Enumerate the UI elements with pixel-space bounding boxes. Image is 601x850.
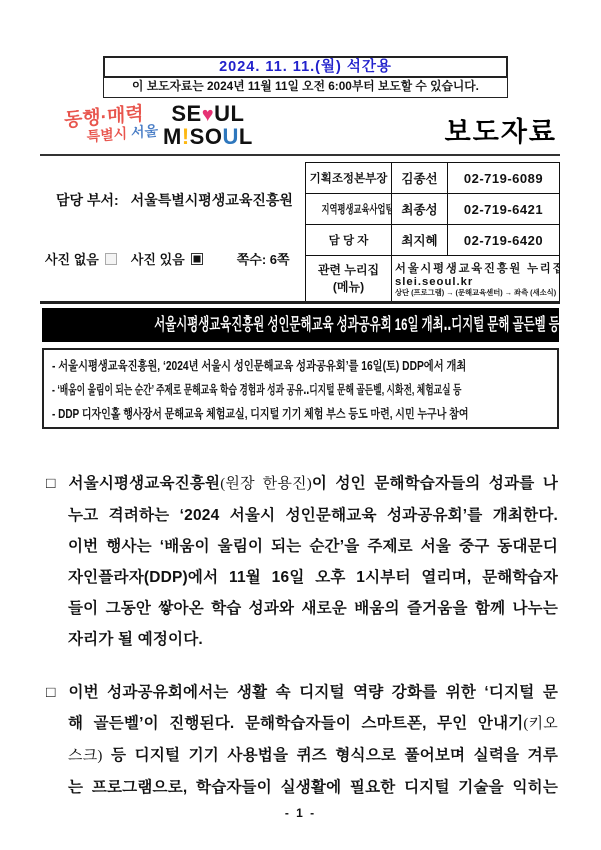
website-name: 서울시평생교육진흥원 누리집 (395, 260, 556, 276)
website-url: slei.seoul.kr (395, 276, 556, 288)
contact-phone: 02-719-6421 (448, 194, 560, 225)
body-line: 들이 그동안 쌓아온 학습 성과와 새로운 배움의 즐거움을 함께 나누는 (46, 593, 558, 624)
body-line: 는 프로그램으로, 학습자들이 실생활에 필요한 디지털 기술을 익히는 (46, 772, 558, 803)
summary-bullet: - DDP 디자인홀 행사장서 문해교육 체험교실, 디지털 기기 체험 부스 … (52, 402, 549, 426)
summary-box: - 서울시평생교육진흥원, ‘2024년 서울시 성인문해교육 성과공유회’를 … (42, 348, 559, 429)
paragraph-2: □이번 성과공유회에서는 생활 속 디지털 역량 강화를 위한 ‘디지털 문 해… (46, 677, 558, 803)
headline-bar: 서울시평생교육진흥원 성인문해교육 성과공유회 16일 개최‥디지털 문해 골든… (42, 308, 559, 342)
page-number: - 1 - (0, 806, 601, 820)
square-bullet-icon: □ (46, 684, 59, 701)
contact-name: 김종선 (392, 163, 448, 194)
summary-bullet: - ‘배움이 울림이 되는 순간’ 주제로 문해교육 학습 경험과 성과 공유‥… (52, 378, 549, 402)
body-line: □이번 성과공유회에서는 생활 속 디지털 역량 강화를 위한 ‘디지털 문 (46, 677, 558, 708)
summary-bullet: - 서울시평생교육진흥원, ‘2024년 서울시 성인문해교육 성과공유회’를 … (52, 354, 549, 378)
contact-role: 기획조정본부장 (306, 163, 392, 194)
contact-name: 최종성 (392, 194, 448, 225)
contact-phone: 02-719-6420 (448, 225, 560, 256)
body-line: □서울시평생교육진흥원(원장 한용진)이 성인 문해학습자들의 성과를 나 (46, 468, 558, 500)
contact-role: 담 당 자 (306, 225, 392, 256)
body-line: 해 골든벨’이 진행된다. 문해학습자들이 스마트폰, 무인 안내기(키오 (46, 708, 558, 740)
photo-none-label: 사진 없음 (45, 252, 99, 267)
photo-yes-checkbox (191, 253, 203, 265)
photo-yes-label: 사진 있음 (131, 252, 185, 267)
website-menu-path: 상단 (프로그램) → (문해교육센터) → 좌측 (새소식) (395, 288, 556, 298)
body-line: 스크) 등 디지털 기기 사용법을 퀴즈 형식으로 풀어보며 실력을 겨루 (46, 740, 558, 772)
page-count: 쪽수: 6쪽 (237, 252, 290, 267)
body-text: □서울시평생교육진흥원(원장 한용진)이 성인 문해학습자들의 성과를 나 누고… (46, 468, 558, 803)
contact-role: 지역평생교육사업팀장 (306, 194, 392, 225)
body-line: 자리가 될 예정이다. (46, 624, 558, 655)
divider-mid (40, 301, 560, 304)
document-type-title: 보도자료 (445, 110, 557, 149)
website-cell: 서울시평생교육진흥원 누리집 slei.seoul.kr 상단 (프로그램) →… (392, 256, 560, 302)
contact-table: 기획조정본부장 김종선 02-719-6089 지역평생교육사업팀장 최종성 0… (305, 162, 560, 302)
seoul-city-slogan-logo: 동행·매력 특별시 서울 (48, 103, 160, 147)
department-line: 담당 부서:서울특별시평생교육진흥원 (56, 190, 293, 210)
contact-phone: 02-719-6089 (448, 163, 560, 194)
body-line: 자인플라자(DDP)에서 11월 16일 오후 1시부터 열리며, 문해학습자 (46, 562, 558, 593)
embargo-notice: 이 보도자료는 2024년 11월 11일 오전 6:00부터 보도할 수 있습… (103, 78, 508, 98)
department-value: 서울특별시평생교육진흥원 (131, 192, 293, 208)
smile-u-icon: U (222, 124, 238, 149)
release-date: 2024. 11. 11.(월) 석간용 (103, 56, 508, 78)
department-label: 담당 부서: (56, 192, 119, 208)
body-line: 이번 행사는 ‘배움이 울림이 되는 순간’을 주제로 서울 중구 동대문디 (46, 531, 558, 562)
table-row: 기획조정본부장 김종선 02-719-6089 (306, 163, 560, 194)
seoul-my-soul-logo: SE♥UL M!SOUL (163, 103, 253, 147)
photo-pages-line: 사진 없음사진 있음쪽수: 6쪽 (45, 249, 290, 268)
exclamation-icon: ! (182, 124, 190, 149)
photo-none-checkbox (105, 253, 117, 265)
press-release-page: 2024. 11. 11.(월) 석간용 이 보도자료는 2024년 11월 1… (0, 0, 601, 850)
logo-line1: SE♥UL (163, 103, 253, 126)
embargo-box: 2024. 11. 11.(월) 석간용 이 보도자료는 2024년 11월 1… (103, 56, 508, 98)
square-bullet-icon: □ (46, 475, 59, 492)
table-row: 지역평생교육사업팀장 최종성 02-719-6421 (306, 194, 560, 225)
paragraph-1: □서울시평생교육진흥원(원장 한용진)이 성인 문해학습자들의 성과를 나 누고… (46, 468, 558, 655)
contact-name: 최지혜 (392, 225, 448, 256)
body-line: 누고 격려하는 ‘2024 서울시 성인문해교육 성과공유회’를 개최한다. (46, 500, 558, 531)
logo-line2: M!SOUL (163, 126, 253, 148)
table-row: 관련 누리집 (메뉴) 서울시평생교육진흥원 누리집 slei.seoul.kr… (306, 256, 560, 302)
website-label: 관련 누리집 (메뉴) (306, 256, 392, 302)
table-row: 담 당 자 최지혜 02-719-6420 (306, 225, 560, 256)
headline-text: 서울시평생교육진흥원 성인문해교육 성과공유회 16일 개최‥디지털 문해 골든… (154, 308, 559, 342)
divider-top (40, 154, 560, 156)
